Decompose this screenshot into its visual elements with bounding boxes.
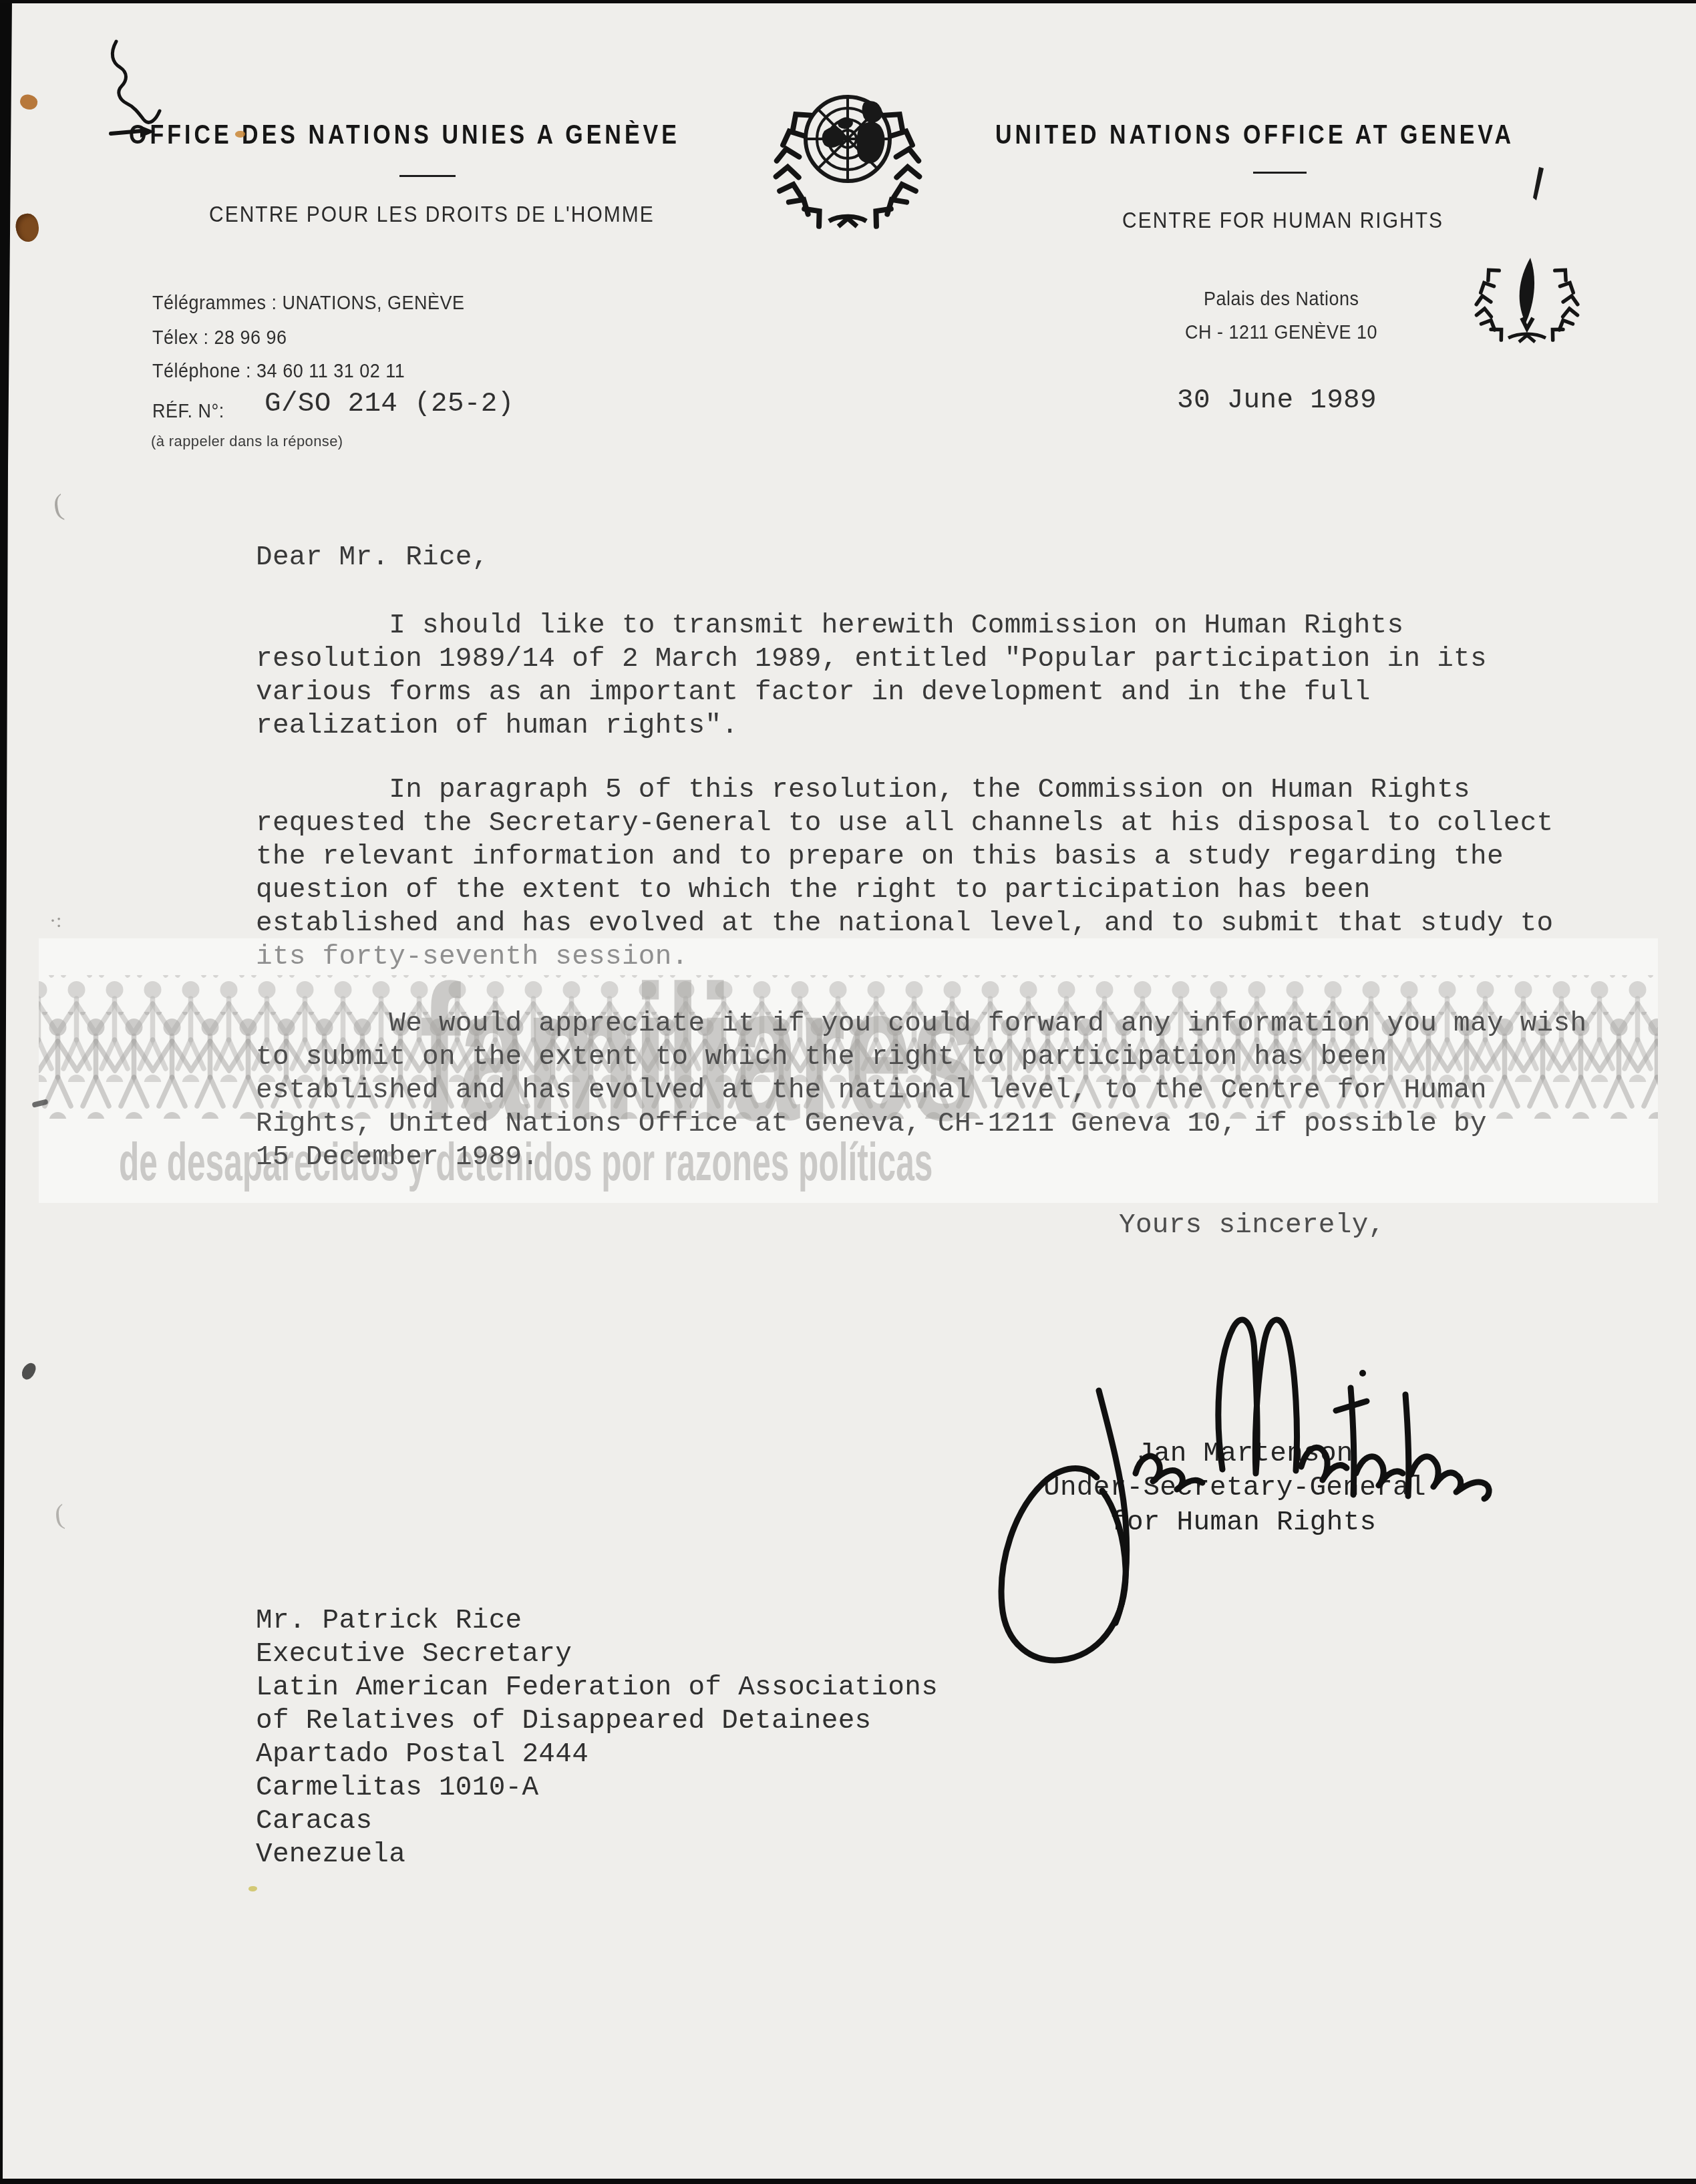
yellow-speck <box>248 1886 257 1891</box>
dept-title-french: CENTRE POUR LES DROITS DE L'HOMME <box>209 202 655 228</box>
scan-bottom-edge <box>0 2179 1696 2184</box>
rust-speck-2 <box>13 212 41 244</box>
telex-line: Télex : 28 96 96 <box>152 327 287 349</box>
divider-left <box>399 175 456 177</box>
ref-number: G/SO 214 (25-2) <box>265 387 514 421</box>
recipient-address: Mr. Patrick Rice Executive Secretary Lat… <box>256 1604 938 1871</box>
salutation: Dear Mr. Rice, <box>256 541 489 574</box>
scan-left-edge <box>0 0 17 2184</box>
scan-top-edge <box>0 0 1696 3</box>
faint-paren-mark-1: ( <box>51 487 66 522</box>
divider-right <box>1253 172 1307 174</box>
signature-jan-martenson <box>982 1296 1536 1676</box>
faint-paren-mark-2: ( <box>53 1498 66 1531</box>
paragraph-2-last-line: its forty-seventh session. <box>256 940 689 974</box>
telegrams-line: Télégrammes : UNATIONS, GENÈVE <box>152 293 465 315</box>
pen-squiggle-mark <box>87 33 180 154</box>
un-emblem-icon <box>760 61 935 230</box>
human-rights-laurel-icon <box>1468 255 1586 346</box>
closing: Yours sincerely, <box>1119 1209 1385 1242</box>
palais-line: Palais des Nations <box>1204 289 1359 311</box>
pen-tick-mark <box>1531 167 1547 202</box>
paragraph-3: We would appreciate it if you could forw… <box>256 1007 1586 1174</box>
ink-blob-left-margin <box>20 1361 37 1382</box>
paragraph-1: I should like to transmit herewith Commi… <box>256 609 1487 743</box>
ref-note: (à rappeler dans la réponse) <box>151 433 343 450</box>
org-title-english: UNITED NATIONS OFFICE AT GENEVA <box>995 120 1514 151</box>
telephone-line: Téléphone : 34 60 11 31 02 11 <box>152 361 405 383</box>
laurel-flame <box>1520 258 1534 323</box>
rust-speck-1 <box>18 92 39 112</box>
letter-date: 30 June 1989 <box>1177 384 1377 417</box>
geneva-line: CH - 1211 GENÈVE 10 <box>1185 322 1377 344</box>
paragraph-2: In paragraph 5 of this resolution, the C… <box>256 773 1554 940</box>
ref-label: RÉF. N°: <box>152 401 224 423</box>
scanned-letter-page: familiares de desaparecidos y detenidos … <box>0 0 1696 2184</box>
org-title-french: OFFICE DES NATIONS UNIES A GENÈVE <box>129 120 680 151</box>
faint-dots-mark: ·: <box>49 910 61 932</box>
dept-title-english: CENTRE FOR HUMAN RIGHTS <box>1122 208 1444 234</box>
